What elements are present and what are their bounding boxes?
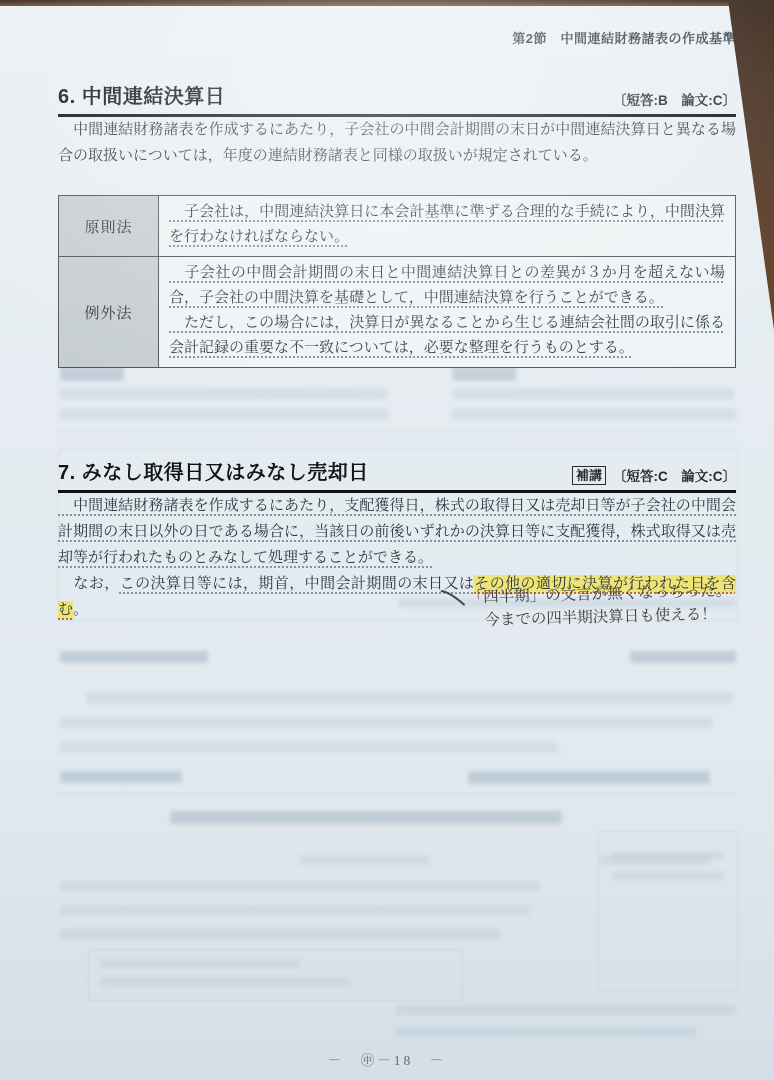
textbook-page: 第2節 中間連結財務諸表の作成基準 6. 中間連結決算日 〔短答:B 論文:C〕… <box>0 5 774 1080</box>
table-row-text: 子会社は，中間連結決算日に本会計基準に準ずる合理的な手続により，中間決算を行わな… <box>159 196 735 256</box>
desk-background-edge <box>0 0 774 6</box>
page-number: － ㊥－18 － <box>0 1049 774 1069</box>
bleed-through-text <box>100 977 350 986</box>
bleed-through-text <box>612 871 724 880</box>
bleed-through-text <box>60 717 712 728</box>
bleed-through-text <box>300 855 430 865</box>
section7-tags-text: 〔短答:C 論文:C〕 <box>613 465 736 485</box>
handwritten-note: 「四半期」の文言が無くなっちった。 今までの四半期決算日も使える！ <box>467 580 732 633</box>
bleed-through-text <box>630 651 736 663</box>
bleed-through-text <box>60 929 500 939</box>
bleed-through-text <box>612 851 724 860</box>
supplementary-lecture-badge: 補講 <box>572 466 606 485</box>
section6-intro-paragraph: 中間連結財務諸表を作成するにあたり，子会社の中間会計期間の末日が中間連結決算日と… <box>58 117 736 169</box>
bleed-through-text <box>396 1027 696 1037</box>
bleed-through-text <box>396 1005 736 1015</box>
table-row-label: 例外法 <box>59 257 159 367</box>
section7-heading: 7. みなし取得日又はみなし売却日 補講 〔短答:C 論文:C〕 <box>58 456 736 493</box>
section7-paragraph1: 中間連結財務諸表を作成するにあたり，支配獲得日，株式の取得日又は売却日等が子会社… <box>58 493 736 571</box>
section6-exam-tags: 〔短答:B 論文:C〕 <box>613 89 736 109</box>
table-row-text: 子会社の中間会計期間の末日と中間連結決算日との差異が３か月を超えない場合，子会社… <box>159 257 735 367</box>
bleed-through-text <box>86 692 734 703</box>
table-row: 原則法 子会社は，中間連結決算日に本会計基準に準ずる合理的な手続により，中間決算… <box>59 196 735 256</box>
bleed-through-text <box>60 905 530 915</box>
section7-exam-tags: 補講 〔短答:C 論文:C〕 <box>572 465 736 485</box>
bleed-through-text <box>60 742 558 753</box>
table-row-label: 原則法 <box>59 196 159 256</box>
handwritten-arrow-icon <box>440 589 467 617</box>
running-header: 第2節 中間連結財務諸表の作成基準 <box>58 28 736 47</box>
section6-heading: 6. 中間連結決算日 〔短答:B 論文:C〕 <box>58 80 736 117</box>
bleed-through-text <box>60 771 182 783</box>
bleed-through-rule <box>58 793 736 795</box>
closing-date-methods-table: 原則法 子会社は，中間連結決算日に本会計基準に準ずる合理的な手続により，中間決算… <box>58 195 736 368</box>
bleed-through-box <box>88 949 462 1001</box>
section6-title: 6. 中間連結決算日 <box>58 80 225 109</box>
bleed-through-text <box>468 771 710 784</box>
bleed-through-text <box>170 811 562 824</box>
bleed-through-text <box>100 959 300 968</box>
bleed-through-text <box>60 881 540 891</box>
section7-title: 7. みなし取得日又はみなし売却日 <box>58 456 369 485</box>
bleed-through-text <box>60 651 208 663</box>
table-row: 例外法 子会社の中間会計期間の末日と中間連結決算日との差異が３か月を超えない場合… <box>59 256 735 367</box>
